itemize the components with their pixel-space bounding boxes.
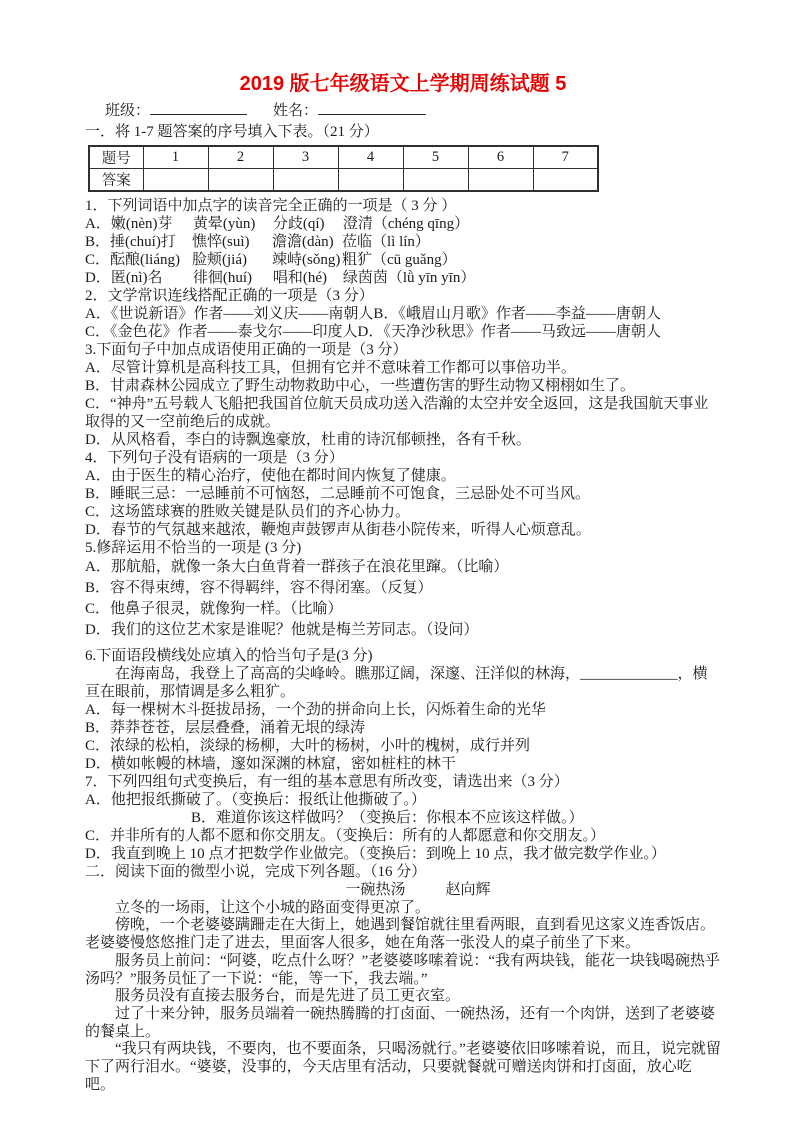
student-info-line: 班级：姓名： <box>85 101 721 121</box>
question-6-passage: 在海南岛，我登上了高高的尖峰岭。瞧那辽阔，深邃、汪洋似的林海，_________… <box>85 665 721 701</box>
question-2-option-d: D．《天净沙秋思》作者——马致远——唐朝人 <box>358 324 661 340</box>
story-paragraph: 过了十来分钟，服务员端着一碗热腾腾的打卤面、一碗热汤，还有一个肉饼，送到了老婆婆… <box>85 1006 721 1041</box>
answer-table-answer-row: 答案 <box>89 169 598 192</box>
question-5-option-a: A．那航船，就像一条大白鱼背着一群孩子在浪花里蹿。（比喻） <box>85 557 721 578</box>
answer-cell <box>273 169 338 192</box>
story-paragraph: “我只有两块钱，不要肉，也不要面条，只喝汤就行。”老婆婆依旧哆嗦着说，而且，说完… <box>85 1041 721 1094</box>
question-3-option-c: C．“神舟”五号载人飞船把我国首位航天员成功送入浩瀚的太空并安全返回，这是我国航… <box>85 395 721 431</box>
answer-cell <box>338 169 403 192</box>
answer-cell: 答案 <box>89 169 143 192</box>
question-2: 2．文学常识连线搭配正确的一项是（3 分） A．《世说新语》作者——刘义庆——南… <box>85 287 721 341</box>
class-blank-line <box>150 101 247 115</box>
question-3-stem: 3.下面句子中加点成语使用正确的一项是（3 分） <box>85 341 721 359</box>
answer-table-header-cell: 4 <box>338 146 403 169</box>
question-3-option-b: B．甘肃森林公园成立了野生动物救助中心，一些遭伤害的野生动物又栩栩如生了。 <box>85 377 721 395</box>
story-title-line: 一碗热汤赵向辉 <box>85 882 721 900</box>
question-6: 6.下面语段横线处应填入的恰当句子是(3 分) 在海南岛，我登上了高高的尖峰岭。… <box>85 647 721 773</box>
question-2-stem: 2．文学常识连线搭配正确的一项是（3 分） <box>85 287 721 305</box>
question-6-option-b: B．莽莽苍苍，层层叠叠，涌着无垠的绿涛 <box>85 719 721 737</box>
story-paragraph: 立冬的一场雨，让这个小城的路面变得更凉了。 <box>85 900 721 918</box>
question-6-stem: 6.下面语段横线处应填入的恰当句子是(3 分) <box>85 647 721 665</box>
section-two-heading: 二．阅读下面的微型小说，完成下列各题。（16 分） <box>85 863 721 882</box>
question-5-option-c: C．他鼻子很灵，就像狗一样。（比喻） <box>85 599 721 620</box>
answer-cell <box>143 169 208 192</box>
question-7-stem: 7．下列四组句式变换后，有一组的基本意思有所改变，请选出来（3 分） <box>85 773 721 791</box>
question-1-option-b: B．捶(chuí)打憔悴(suì)澹澹(dàn)莅临（lì lín） <box>85 233 721 251</box>
question-1: 1．下列词语中加点字的读音完全正确的一项是（ 3 分 ） A．嫩(nèn)芽黄晕… <box>85 197 721 287</box>
question-7-option-b: B．难道你该这样做吗？（变换后：你根本不应该这样做。） <box>85 809 721 827</box>
question-2-option-c: C．《金色花》作者——泰戈尔——印度人 <box>85 323 358 341</box>
question-6-option-d: D．横如帐幔的林墙，邃如深渊的林窟，密如桩柱的林干 <box>85 755 721 773</box>
answer-table-header-cell: 题号 <box>89 146 143 169</box>
question-7-option-c: C．并非所有的人都不愿和你交朋友。（变换后：所有的人都愿意和你交朋友。） <box>85 827 721 845</box>
answer-cell <box>533 169 598 192</box>
question-6-option-c: C．浓绿的松柏，淡绿的杨柳，大叶的杨树，小叶的槐树，成行并列 <box>85 737 721 755</box>
question-2-options-row-1: A．《世说新语》作者——刘义庆——南朝人B．《峨眉山月歌》作者——李益——唐朝人 <box>85 305 721 323</box>
answer-table-header-cell: 7 <box>533 146 598 169</box>
question-2-options-row-2: C．《金色花》作者——泰戈尔——印度人D．《天净沙秋思》作者——马致远——唐朝人 <box>85 323 721 341</box>
question-3-option-d: D．从风格看，李白的诗飘逸豪放，杜甫的诗沉郁顿挫，各有千秋。 <box>85 431 721 449</box>
question-1-stem: 1．下列词语中加点字的读音完全正确的一项是（ 3 分 ） <box>85 197 721 215</box>
question-4-stem: 4．下列句子没有语病的一项是（3 分） <box>85 449 721 467</box>
question-4: 4．下列句子没有语病的一项是（3 分） A．由于医生的精心治疗，使他在都时间内恢… <box>85 449 721 539</box>
answer-table-header-cell: 1 <box>143 146 208 169</box>
question-3-option-a: A．尽管计算机是高科技工具，但拥有它并不意味着工作都可以事倍功半。 <box>85 359 721 377</box>
question-2-option-a: A．《世说新语》作者——刘义庆——南朝人 <box>85 305 373 323</box>
story-paragraph: 服务员没有直接去服务台，而是先进了员工更衣室。 <box>85 988 721 1006</box>
answer-table-header-cell: 5 <box>403 146 468 169</box>
page-title: 2019 版七年级语文上学期周练试题 5 <box>85 72 721 96</box>
name-label: 姓名： <box>273 103 318 119</box>
question-5-options: A．那航船，就像一条大白鱼背着一群孩子在浪花里蹿。（比喻） B．容不得束缚，容不… <box>85 557 721 641</box>
answer-cell <box>468 169 533 192</box>
answer-cell <box>208 169 273 192</box>
story-title: 一碗热汤 <box>345 882 405 898</box>
question-5-stem: 5.修辞运用不恰当的一项是 (3 分) <box>85 539 721 557</box>
class-label: 班级： <box>105 103 150 119</box>
question-7-option-d: D．我直到晚上 10 点才把数学作业做完。（变换后：到晚上 10 点，我才做完数… <box>85 845 721 863</box>
question-5: 5.修辞运用不恰当的一项是 (3 分) A．那航船，就像一条大白鱼背着一群孩子在… <box>85 539 721 641</box>
section-one-heading: 一．将 1-7 题答案的序号填入下表。（21 分） <box>85 123 721 142</box>
question-1-option-a: A．嫩(nèn)芽黄晕(yùn)分歧(qí)澄清（chéng qīng） <box>85 215 721 233</box>
answer-table: 题号 1 2 3 4 5 6 7 答案 <box>88 145 599 192</box>
question-5-option-d: D．我们的这位艺术家是谁呢？他就是梅兰芳同志。（设问） <box>85 620 721 641</box>
answer-table-header-cell: 2 <box>208 146 273 169</box>
question-4-option-d: D．春节的气氛越来越浓，鞭炮声鼓锣声从街巷小院传来，听得人心烦意乱。 <box>85 521 721 539</box>
question-5-option-b: B．容不得束缚，容不得羁绊，容不得闭塞。（反复） <box>85 578 721 599</box>
question-4-option-a: A．由于医生的精心治疗，使他在都时间内恢复了健康。 <box>85 467 721 485</box>
answer-cell <box>403 169 468 192</box>
exam-paper-page: 2019 版七年级语文上学期周练试题 5 班级：姓名： 一．将 1-7 题答案的… <box>0 0 800 1132</box>
question-1-option-d: D．匿(nì)名徘徊(huí)唱和(hé)绿茵茵（lǜ yīn yīn） <box>85 269 721 287</box>
question-3: 3.下面句子中加点成语使用正确的一项是（3 分） A．尽管计算机是高科技工具，但… <box>85 341 721 449</box>
question-7: 7．下列四组句式变换后，有一组的基本意思有所改变，请选出来（3 分） A．他把报… <box>85 773 721 863</box>
question-4-option-b: B．睡眠三忌：一忌睡前不可恼怒，二忌睡前不可饱食，三忌卧处不可当风。 <box>85 485 721 503</box>
question-7-option-a: A．他把报纸撕破了。（变换后：报纸让他撕破了。） <box>85 791 721 809</box>
story-paragraph: 服务员上前问：“阿婆，吃点什么呀？”老婆婆哆嗦着说：“我有两块钱，能花一块钱喝碗… <box>85 953 721 988</box>
story-paragraph: 傍晚，一个老婆婆蹒跚走在大街上，她遇到餐馆就往里看两眼，直到看见这家义连香饭店。… <box>85 917 721 952</box>
answer-table-header-cell: 3 <box>273 146 338 169</box>
question-4-option-c: C．这场篮球赛的胜败关键是队员们的齐心协力。 <box>85 503 721 521</box>
story: 一碗热汤赵向辉 立冬的一场雨，让这个小城的路面变得更凉了。 傍晚，一个老婆婆蹒跚… <box>85 882 721 1094</box>
question-6-option-a: A．每一棵树木斗挺拔昂扬，一个劲的拼命向上长，闪烁着生命的光华 <box>85 701 721 719</box>
answer-table-header-row: 题号 1 2 3 4 5 6 7 <box>89 146 598 169</box>
question-2-option-b: B．《峨眉山月歌》作者——李益——唐朝人 <box>373 306 661 322</box>
question-1-option-c: C．酝酿(liáng)脸颊(jiá)竦峙(sǒng)粗犷（cū guǎng） <box>85 251 721 269</box>
story-author: 赵向辉 <box>446 882 491 898</box>
answer-table-header-cell: 6 <box>468 146 533 169</box>
name-blank-line <box>318 101 426 115</box>
